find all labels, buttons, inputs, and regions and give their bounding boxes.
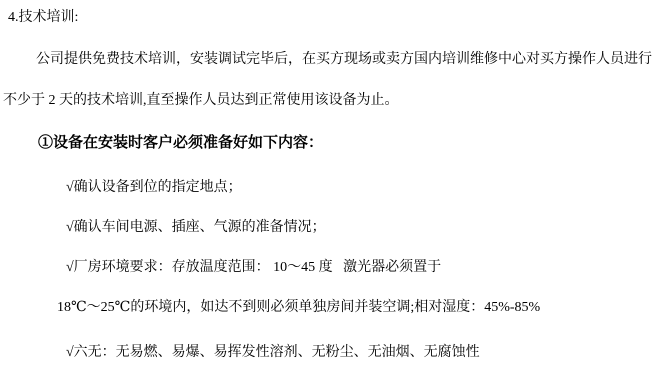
subheading-preparation-requirements: ①设备在安装时客户必须准备好如下内容：: [38, 135, 323, 152]
checklist-item-power-sockets-gas: √确认车间电源、插座、气源的准备情况；: [66, 219, 326, 236]
checklist-item-environment-requirements: √厂房环境要求：存放温度范围： 10～45 度 激光器必须置于: [66, 259, 441, 276]
section-heading: 4.技术培训:: [8, 9, 78, 26]
paragraph-line-1: 公司提供免费技术培训，安装调试完毕后，在买方现场或卖方国内培训维修中心对买方操作…: [36, 51, 652, 68]
checklist-item-environment-continuation: 18℃～25℃的环境内，如达不到则必须单独房间并装空调;相对湿度：45%-85%: [57, 299, 540, 316]
document-page: { "page": { "background_color": "#ffffff…: [0, 0, 671, 384]
checklist-item-six-nos: √六无：无易燃、易爆、易挥发性溶剂、无粉尘、无油烟、无腐蚀性: [66, 344, 480, 361]
checklist-item-location: √确认设备到位的指定地点；: [66, 179, 242, 196]
paragraph-line-2: 不少于 2 天的技术培训,直至操作人员达到正常使用该设备为止。: [3, 92, 399, 109]
